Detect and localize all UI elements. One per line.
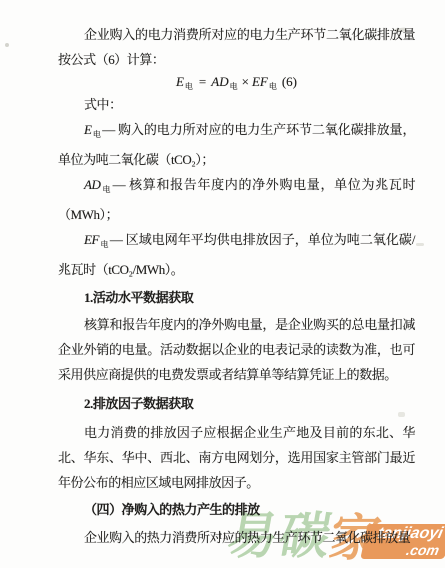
definition-e-text: — 购入的电力所对应的电力生产环节二氧化碳排放量，单位为吨二氧化碳（tCO₂）； — [58, 122, 415, 167]
heading-emission-factor-data: 2.排放因子数据获取 — [58, 391, 415, 416]
formula-term2-variable: EF — [252, 74, 268, 89]
formula-lhs-variable: E — [176, 74, 184, 89]
symbol-ef: EF — [84, 232, 99, 247]
heading-activity-data: 1.活动水平数据获取 — [58, 285, 415, 310]
symbol-e: E — [84, 122, 92, 137]
heading-purchased-heat-emissions: （四）净购入的热力产生的排放 — [58, 497, 415, 522]
paragraph-electricity-intro: 企业购入的电力消费所对应的电力生产环节二氧化碳排放量按公式（6）计算： — [58, 22, 415, 72]
definition-e-electricity: E电— 购入的电力所对应的电力生产环节二氧化碳排放量，单位为吨二氧化碳（tCO₂… — [58, 117, 415, 172]
document-body: 企业购入的电力消费所对应的电力生产环节二氧化碳排放量按公式（6）计算： E电=A… — [0, 0, 445, 550]
symbol-ef-subscript: 电 — [100, 240, 109, 249]
emission-formula: E电=AD电×EF电(6) — [58, 72, 415, 92]
where-label: 式中： — [58, 92, 415, 117]
symbol-ad-subscript: 电 — [101, 185, 111, 194]
formula-term1-variable: AD — [211, 74, 228, 89]
definition-ef-text: — 区域电网年平均供电排放因子，单位为吨二氧化碳/兆瓦时（tCO₂/MWh）。 — [58, 232, 415, 277]
definition-ad-electricity: AD电— 核算和报告年度内的净外购电量，单位为兆瓦时（MWh）； — [58, 172, 415, 227]
formula-term2-subscript: 电 — [269, 82, 277, 91]
formula-equals-sign: = — [199, 74, 206, 89]
page-number: 11 — [0, 531, 445, 541]
formula-lhs-subscript: 电 — [185, 82, 193, 91]
paragraph-emission-factor-data: 电力消费的排放因子应根据企业生产地及目前的东北、华北、华东、华中、西北、南方电网… — [58, 420, 415, 495]
symbol-ad: AD — [84, 177, 100, 192]
paragraph-activity-data: 核算和报告年度内的净外购电量，是企业购买的总电量扣减企业外销的电量。活动数据以企… — [58, 312, 415, 387]
scanned-document-page: { "doc": { "p1": "企业购入的电力消费所对应的电力生产环节二氧化… — [0, 0, 445, 568]
definition-ef-electricity: EF电— 区域电网年平均供电排放因子，单位为吨二氧化碳/兆瓦时（tCO₂/MWh… — [58, 227, 415, 282]
formula-term1-subscript: 电 — [230, 82, 238, 91]
document-page: 企业购入的电力消费所对应的电力生产环节二氧化碳排放量按公式（6）计算： E电=A… — [0, 0, 445, 568]
definition-ad-text: — 核算和报告年度内的净外购电量，单位为兆瓦时（MWh）； — [58, 177, 415, 222]
symbol-e-subscript: 电 — [93, 130, 102, 139]
formula-multiply-sign: × — [242, 74, 249, 89]
formula-equation-number: (6) — [282, 74, 297, 89]
